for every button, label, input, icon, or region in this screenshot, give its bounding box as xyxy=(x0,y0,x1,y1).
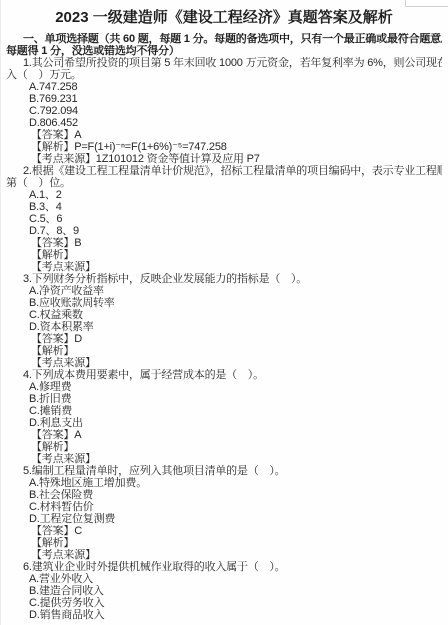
q4-option-A: A.修理费 xyxy=(6,381,442,393)
q1-source-line: 【考点来源】1Z101012 资金等值计算及应用 P7 xyxy=(6,153,442,165)
q3-option-A: A.净资产收益率 xyxy=(6,285,442,297)
document-page: 2023 一级建造师《建设工程经济》真题答案及解析 一、单项选择题（共 60 题… xyxy=(0,0,448,625)
q3-answer-line: 【答案】D xyxy=(6,333,442,345)
q5-answer-line: 【答案】C xyxy=(6,525,442,537)
q1-option-C: C.792.094 xyxy=(6,105,442,117)
q2-analysis-line: 【解析】 xyxy=(6,249,442,261)
section-heading-line-1: 一、单项选择题（共 60 题，每题 1 分。每题的备选项中，只有一个最正确或最符… xyxy=(6,33,442,45)
q5-source-line: 【考点来源】 xyxy=(6,549,442,561)
questions-container: 1.其公司希望所投资的项目第 5 年末回收 1000 万元资金，若年复利率为 6… xyxy=(6,57,442,621)
q1-option-B: B.769.231 xyxy=(6,93,442,105)
q1-stem-line-2: 入（ ）万元。 xyxy=(6,69,442,81)
q2-option-C: C.5、6 xyxy=(6,213,442,225)
q2-option-A: A.1、2 xyxy=(6,189,442,201)
question-block-4: 4.下列成本费用要素中，属于经营成本的是（ ）。A.修理费B.折旧费C.摊销费D… xyxy=(6,369,442,465)
q5-stem-line-1: 5.编制工程量清单时，应列入其他项目清单的是（ ）。 xyxy=(6,465,442,477)
q2-source-line: 【考点来源】 xyxy=(6,261,442,273)
q4-option-B: B.折旧费 xyxy=(6,393,442,405)
q4-answer-line: 【答案】A xyxy=(6,429,442,441)
q2-option-D: D.7、8、9 xyxy=(6,225,442,237)
q2-answer-line: 【答案】B xyxy=(6,237,442,249)
q3-stem-line-1: 3.下列财务分析指标中，反映企业发展能力的指标是（ ）。 xyxy=(6,273,442,285)
q5-option-C: C.材料暂估价 xyxy=(6,501,442,513)
q1-stem-line-1: 1.其公司希望所投资的项目第 5 年末回收 1000 万元资金，若年复利率为 6… xyxy=(6,57,442,69)
q6-stem-line-1: 6.建筑业企业时外提供机械作业取得的收入属于（ ）。 xyxy=(6,561,442,573)
q6-option-B: B.建造合同收入 xyxy=(6,585,442,597)
q6-option-D: D.销售商品收入 xyxy=(6,609,442,621)
section-heading-line-2: 每题得 1 分，没选或错选均不得分） xyxy=(6,45,442,57)
question-block-1: 1.其公司希望所投资的项目第 5 年末回收 1000 万元资金，若年复利率为 6… xyxy=(6,57,442,165)
question-block-5: 5.编制工程量清单时，应列入其他项目清单的是（ ）。A.特殊地区施工增加费。B.… xyxy=(6,465,442,561)
q5-option-B: B.社会保险费 xyxy=(6,489,442,501)
q5-option-D: D.工程定位复测费 xyxy=(6,513,442,525)
q3-source-line: 【考点来源】 xyxy=(6,357,442,369)
q1-analysis-line: 【解析】P=F(1+i)⁻ⁿ=F(1+6%)⁻⁵=747.258 xyxy=(6,141,442,153)
question-block-3: 3.下列财务分析指标中，反映企业发展能力的指标是（ ）。A.净资产收益率B.应收… xyxy=(6,273,442,369)
q3-option-D: D.资本积累率 xyxy=(6,321,442,333)
corner-box-artifact xyxy=(405,0,448,7)
q6-option-C: C.提供劳务收入 xyxy=(6,597,442,609)
q3-option-B: B.应收账款周转率 xyxy=(6,297,442,309)
q6-option-A: A.营业外收入 xyxy=(6,573,442,585)
question-block-6: 6.建筑业企业时外提供机械作业取得的收入属于（ ）。A.营业外收入B.建造合同收… xyxy=(6,561,442,621)
q1-option-A: A.747.258 xyxy=(6,81,442,93)
q2-option-B: B.3、4 xyxy=(6,201,442,213)
q1-option-D: D.806.452 xyxy=(6,117,442,129)
q5-option-A: A.特殊地区施工增加费。 xyxy=(6,477,442,489)
q4-stem-line-1: 4.下列成本费用要素中，属于经营成本的是（ ）。 xyxy=(6,369,442,381)
q4-source-line: 【考点来源】 xyxy=(6,453,442,465)
q2-stem-line-2: 第（ ）位。 xyxy=(6,177,442,189)
q3-analysis-line: 【解析】 xyxy=(6,345,442,357)
q1-answer-line: 【答案】A xyxy=(6,129,442,141)
page-title: 2023 一级建造师《建设工程经济》真题答案及解析 xyxy=(6,8,442,28)
question-block-2: 2.根据《建设工程工程量清单计价规范》，招标工程量清单的项目编码中，表示专业工程… xyxy=(6,165,442,273)
q4-analysis-line: 【解析】 xyxy=(6,441,442,453)
q3-option-C: C.权益乘数 xyxy=(6,309,442,321)
q2-stem-line-1: 2.根据《建设工程工程量清单计价规范》，招标工程量清单的项目编码中，表示专业工程… xyxy=(6,165,442,177)
q4-option-C: C.摊销费 xyxy=(6,405,442,417)
q4-option-D: D.利息支出 xyxy=(6,417,442,429)
q5-analysis-line: 【解析】 xyxy=(6,537,442,549)
